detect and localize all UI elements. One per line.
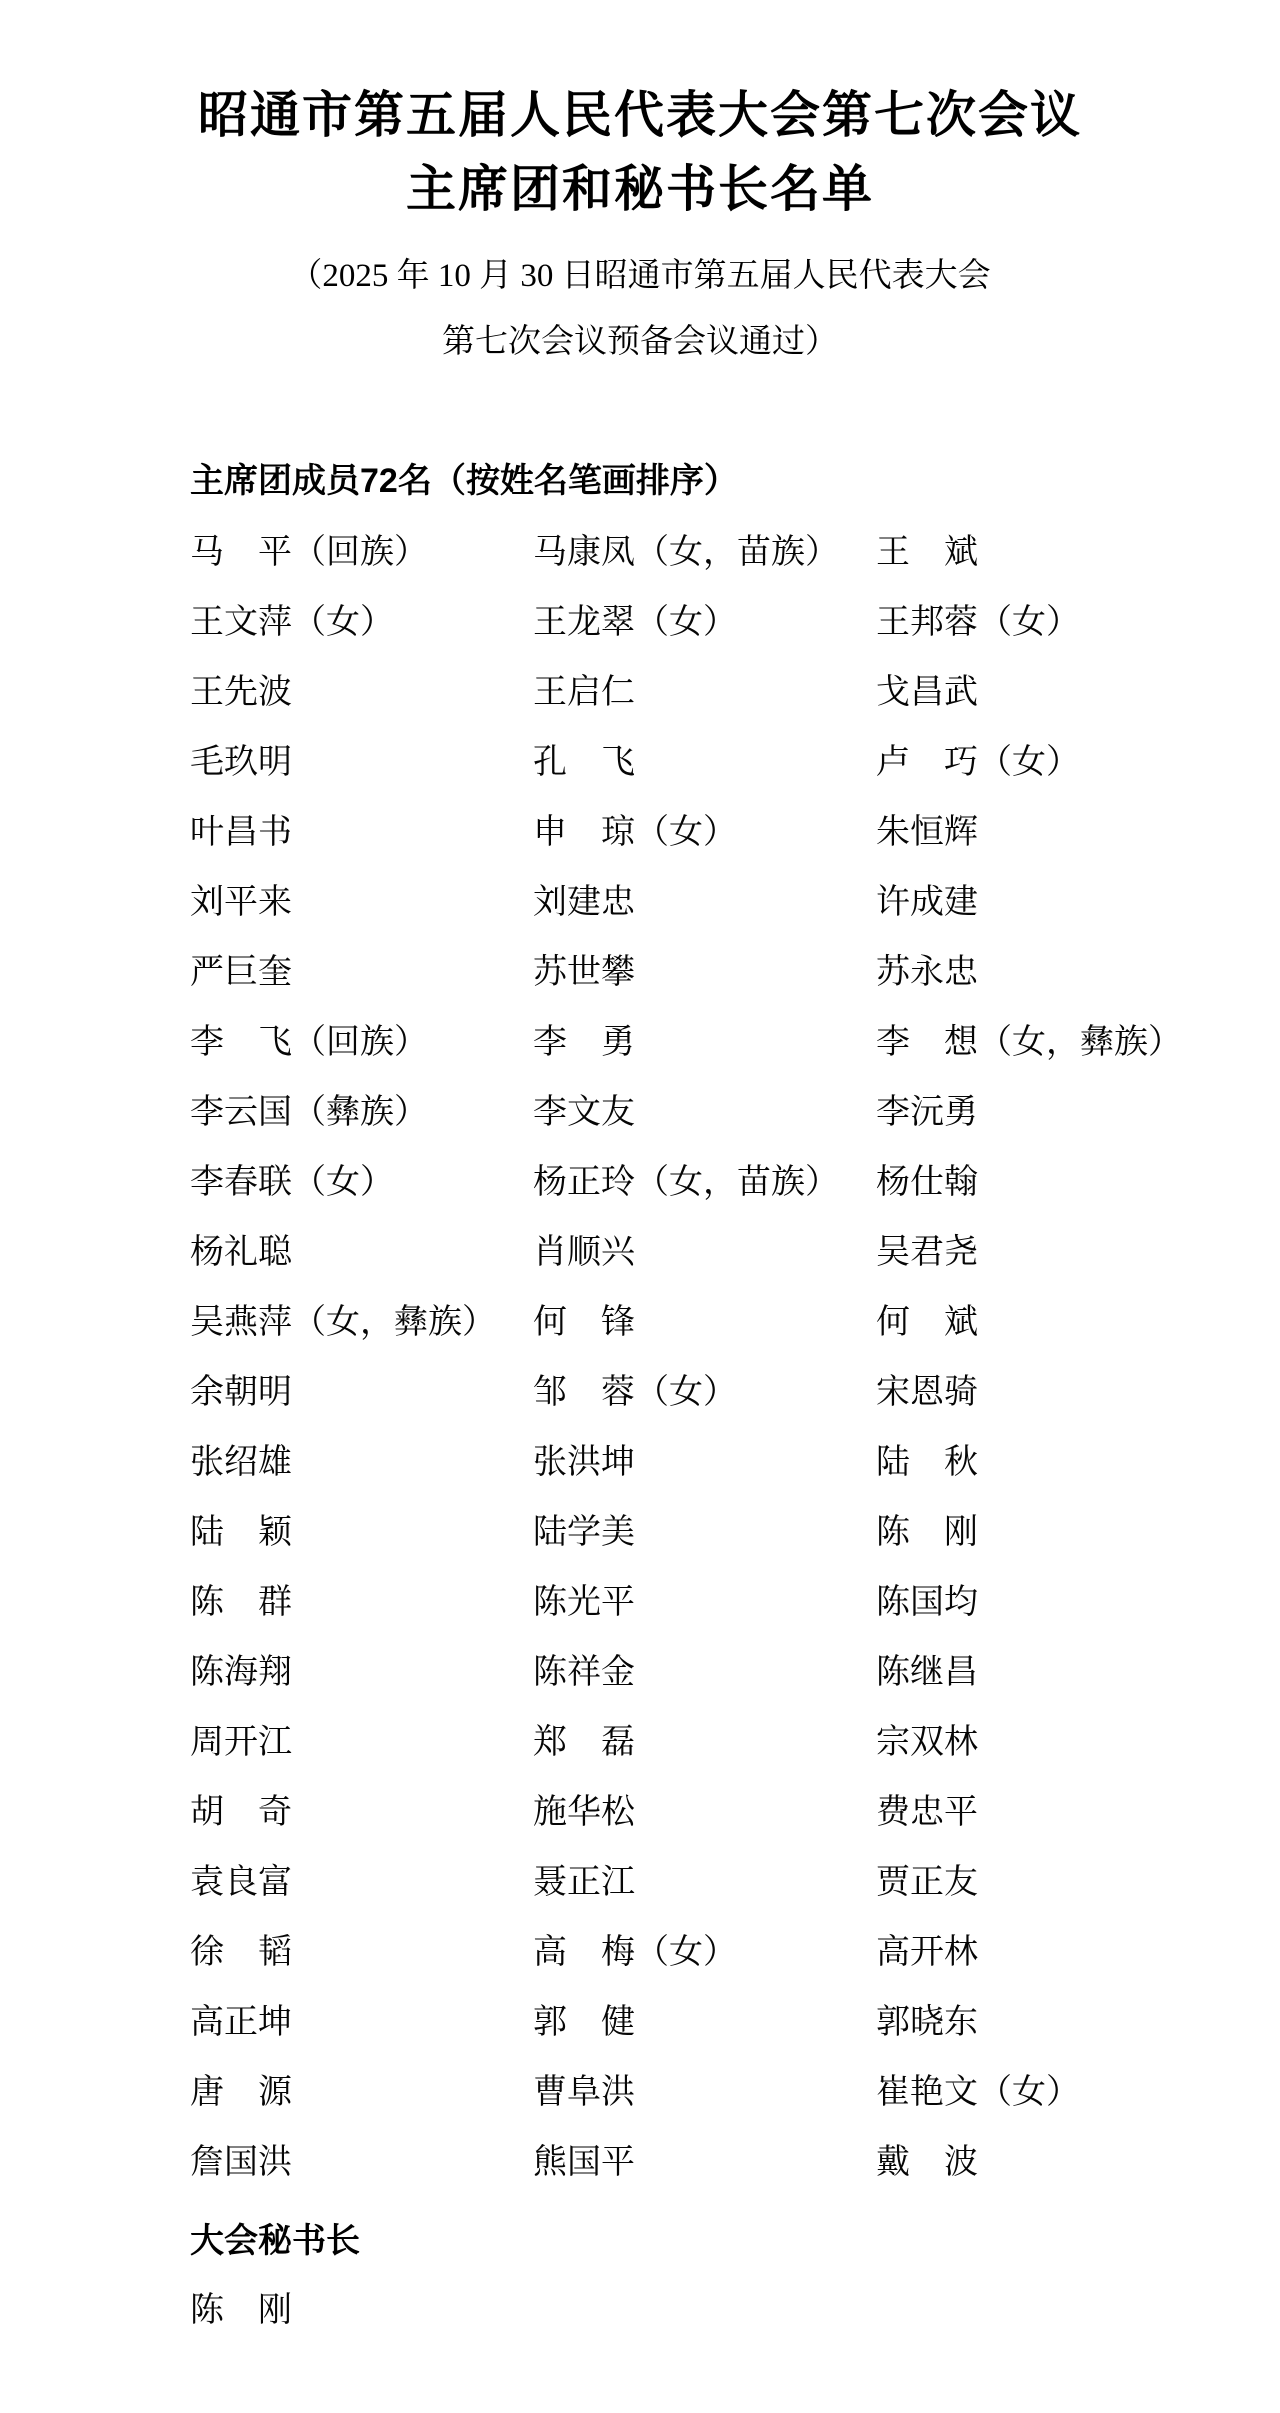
- member-row: 周开江郑 磊宗双林: [190, 1708, 1190, 1778]
- subtitle-line-2: 第七次会议预备会议通过）: [0, 309, 1280, 375]
- member-name: 何 锋: [533, 1288, 635, 1358]
- member-row: 王文萍（女）王龙翠（女）王邦蓉（女）: [190, 588, 1190, 658]
- member-name: 张绍雄: [190, 1428, 292, 1498]
- member-name: 陈光平: [533, 1568, 635, 1638]
- member-name: 郭 健: [533, 1988, 635, 2058]
- document-page: 昭通市第五届人民代表大会第七次会议 主席团和秘书长名单 （2025 年 10 月…: [0, 0, 1280, 2413]
- member-name: 李文友: [533, 1078, 635, 1148]
- member-row: 刘平来刘建忠许成建: [190, 868, 1190, 938]
- title-line-2: 主席团和秘书长名单: [0, 152, 1280, 226]
- member-name: 郑 磊: [533, 1708, 635, 1778]
- member-name: 熊国平: [533, 2128, 635, 2198]
- member-name: 施华松: [533, 1778, 635, 1848]
- member-name: 曹阜洪: [533, 2058, 635, 2128]
- member-name: 李 飞（回族）: [190, 1008, 428, 1078]
- member-row: 余朝明邹 蓉（女）宋恩骑: [190, 1358, 1190, 1428]
- member-row: 王先波王启仁戈昌武: [190, 658, 1190, 728]
- member-row: 毛玖明孔 飞卢 巧（女）: [190, 728, 1190, 798]
- member-row: 张绍雄张洪坤陆 秋: [190, 1428, 1190, 1498]
- member-name: 杨正玲（女，苗族）: [533, 1148, 839, 1218]
- member-name: 唐 源: [190, 2058, 292, 2128]
- member-row: 李云国（彝族）李文友李沅勇: [190, 1078, 1190, 1148]
- member-name: 严巨奎: [190, 938, 292, 1008]
- member-name: 宗双林: [876, 1708, 978, 1778]
- member-name: 陈祥金: [533, 1638, 635, 1708]
- member-name: 王龙翠（女）: [533, 588, 737, 658]
- member-name: 戴 波: [876, 2128, 978, 2198]
- member-name: 刘平来: [190, 868, 292, 938]
- member-name: 郭晓东: [876, 1988, 978, 2058]
- member-row: 李 飞（回族）李 勇李 想（女，彝族）: [190, 1008, 1190, 1078]
- member-name: 高开林: [876, 1918, 978, 1988]
- member-name: 李沅勇: [876, 1078, 978, 1148]
- member-name: 王先波: [190, 658, 292, 728]
- member-name: 陆学美: [533, 1498, 635, 1568]
- member-name: 邹 蓉（女）: [533, 1358, 737, 1428]
- member-name: 贾正友: [876, 1848, 978, 1918]
- member-row: 叶昌书申 琼（女）朱恒辉: [190, 798, 1190, 868]
- member-name: 吴燕萍（女，彝族）: [190, 1288, 496, 1358]
- member-row: 唐 源曹阜洪崔艳文（女）: [190, 2058, 1190, 2128]
- member-row: 胡 奇施华松费忠平: [190, 1778, 1190, 1848]
- member-row: 严巨奎苏世攀苏永忠: [190, 938, 1190, 1008]
- document-title: 昭通市第五届人民代表大会第七次会议 主席团和秘书长名单: [0, 78, 1280, 226]
- member-name: 高 梅（女）: [533, 1918, 737, 1988]
- member-name: 陈 群: [190, 1568, 292, 1638]
- member-name: 袁良富: [190, 1848, 292, 1918]
- member-name: 王启仁: [533, 658, 635, 728]
- member-name: 陆 颖: [190, 1498, 292, 1568]
- member-name: 朱恒辉: [876, 798, 978, 868]
- title-line-1: 昭通市第五届人民代表大会第七次会议: [0, 78, 1280, 152]
- member-name: 陈国均: [876, 1568, 978, 1638]
- member-name: 宋恩骑: [876, 1358, 978, 1428]
- member-name: 聂正江: [533, 1848, 635, 1918]
- member-name: 吴君尧: [876, 1218, 978, 1288]
- member-row: 马 平（回族）马康凤（女，苗族）王 斌: [190, 518, 1190, 588]
- member-name: 苏世攀: [533, 938, 635, 1008]
- member-row: 陈海翔陈祥金陈继昌: [190, 1638, 1190, 1708]
- member-row: 吴燕萍（女，彝族）何 锋何 斌: [190, 1288, 1190, 1358]
- member-name: 李云国（彝族）: [190, 1078, 428, 1148]
- member-name: 肖顺兴: [533, 1218, 635, 1288]
- member-name: 张洪坤: [533, 1428, 635, 1498]
- member-row: 袁良富聂正江贾正友: [190, 1848, 1190, 1918]
- member-name: 高正坤: [190, 1988, 292, 2058]
- secretary-general-heading: 大会秘书长: [190, 2222, 360, 2260]
- member-name: 余朝明: [190, 1358, 292, 1428]
- member-name: 周开江: [190, 1708, 292, 1778]
- member-name: 李 勇: [533, 1008, 635, 1078]
- member-row: 陈 群陈光平陈国均: [190, 1568, 1190, 1638]
- member-name: 毛玖明: [190, 728, 292, 798]
- member-name: 刘建忠: [533, 868, 635, 938]
- member-name: 戈昌武: [876, 658, 978, 728]
- subtitle-line-1: （2025 年 10 月 30 日昭通市第五届人民代表大会: [0, 243, 1280, 309]
- member-name: 陆 秋: [876, 1428, 978, 1498]
- member-name: 叶昌书: [190, 798, 292, 868]
- member-name: 徐 韬: [190, 1918, 292, 1988]
- member-name: 王邦蓉（女）: [876, 588, 1080, 658]
- member-name: 卢 巧（女）: [876, 728, 1080, 798]
- member-name: 陈海翔: [190, 1638, 292, 1708]
- members-list: 马 平（回族）马康凤（女，苗族）王 斌王文萍（女）王龙翠（女）王邦蓉（女）王先波…: [190, 518, 1190, 2198]
- document-subtitle: （2025 年 10 月 30 日昭通市第五届人民代表大会 第七次会议预备会议通…: [0, 243, 1280, 375]
- member-name: 何 斌: [876, 1288, 978, 1358]
- member-row: 杨礼聪肖顺兴吴君尧: [190, 1218, 1190, 1288]
- member-name: 许成建: [876, 868, 978, 938]
- member-name: 王文萍（女）: [190, 588, 394, 658]
- member-name: 杨仕翰: [876, 1148, 978, 1218]
- member-row: 陆 颖陆学美陈 刚: [190, 1498, 1190, 1568]
- member-name: 陈 刚: [876, 1498, 978, 1568]
- member-name: 胡 奇: [190, 1778, 292, 1848]
- member-name: 苏永忠: [876, 938, 978, 1008]
- member-name: 费忠平: [876, 1778, 978, 1848]
- member-row: 徐 韬高 梅（女）高开林: [190, 1918, 1190, 1988]
- member-row: 高正坤郭 健郭晓东: [190, 1988, 1190, 2058]
- member-name: 李 想（女，彝族）: [876, 1008, 1182, 1078]
- presidium-members-heading: 主席团成员72名（按姓名笔画排序）: [190, 462, 738, 500]
- member-name: 杨礼聪: [190, 1218, 292, 1288]
- member-name: 崔艳文（女）: [876, 2058, 1080, 2128]
- member-name: 马康凤（女，苗族）: [533, 518, 839, 588]
- member-name: 孔 飞: [533, 728, 635, 798]
- member-name: 马 平（回族）: [190, 518, 428, 588]
- member-row: 詹国洪熊国平戴 波: [190, 2128, 1190, 2198]
- member-row: 李春联（女）杨正玲（女，苗族）杨仕翰: [190, 1148, 1190, 1218]
- member-name: 陈继昌: [876, 1638, 978, 1708]
- member-name: 王 斌: [876, 518, 978, 588]
- secretary-general-name: 陈 刚: [190, 2288, 292, 2334]
- member-name: 李春联（女）: [190, 1148, 394, 1218]
- member-name: 申 琼（女）: [533, 798, 737, 868]
- member-name: 詹国洪: [190, 2128, 292, 2198]
